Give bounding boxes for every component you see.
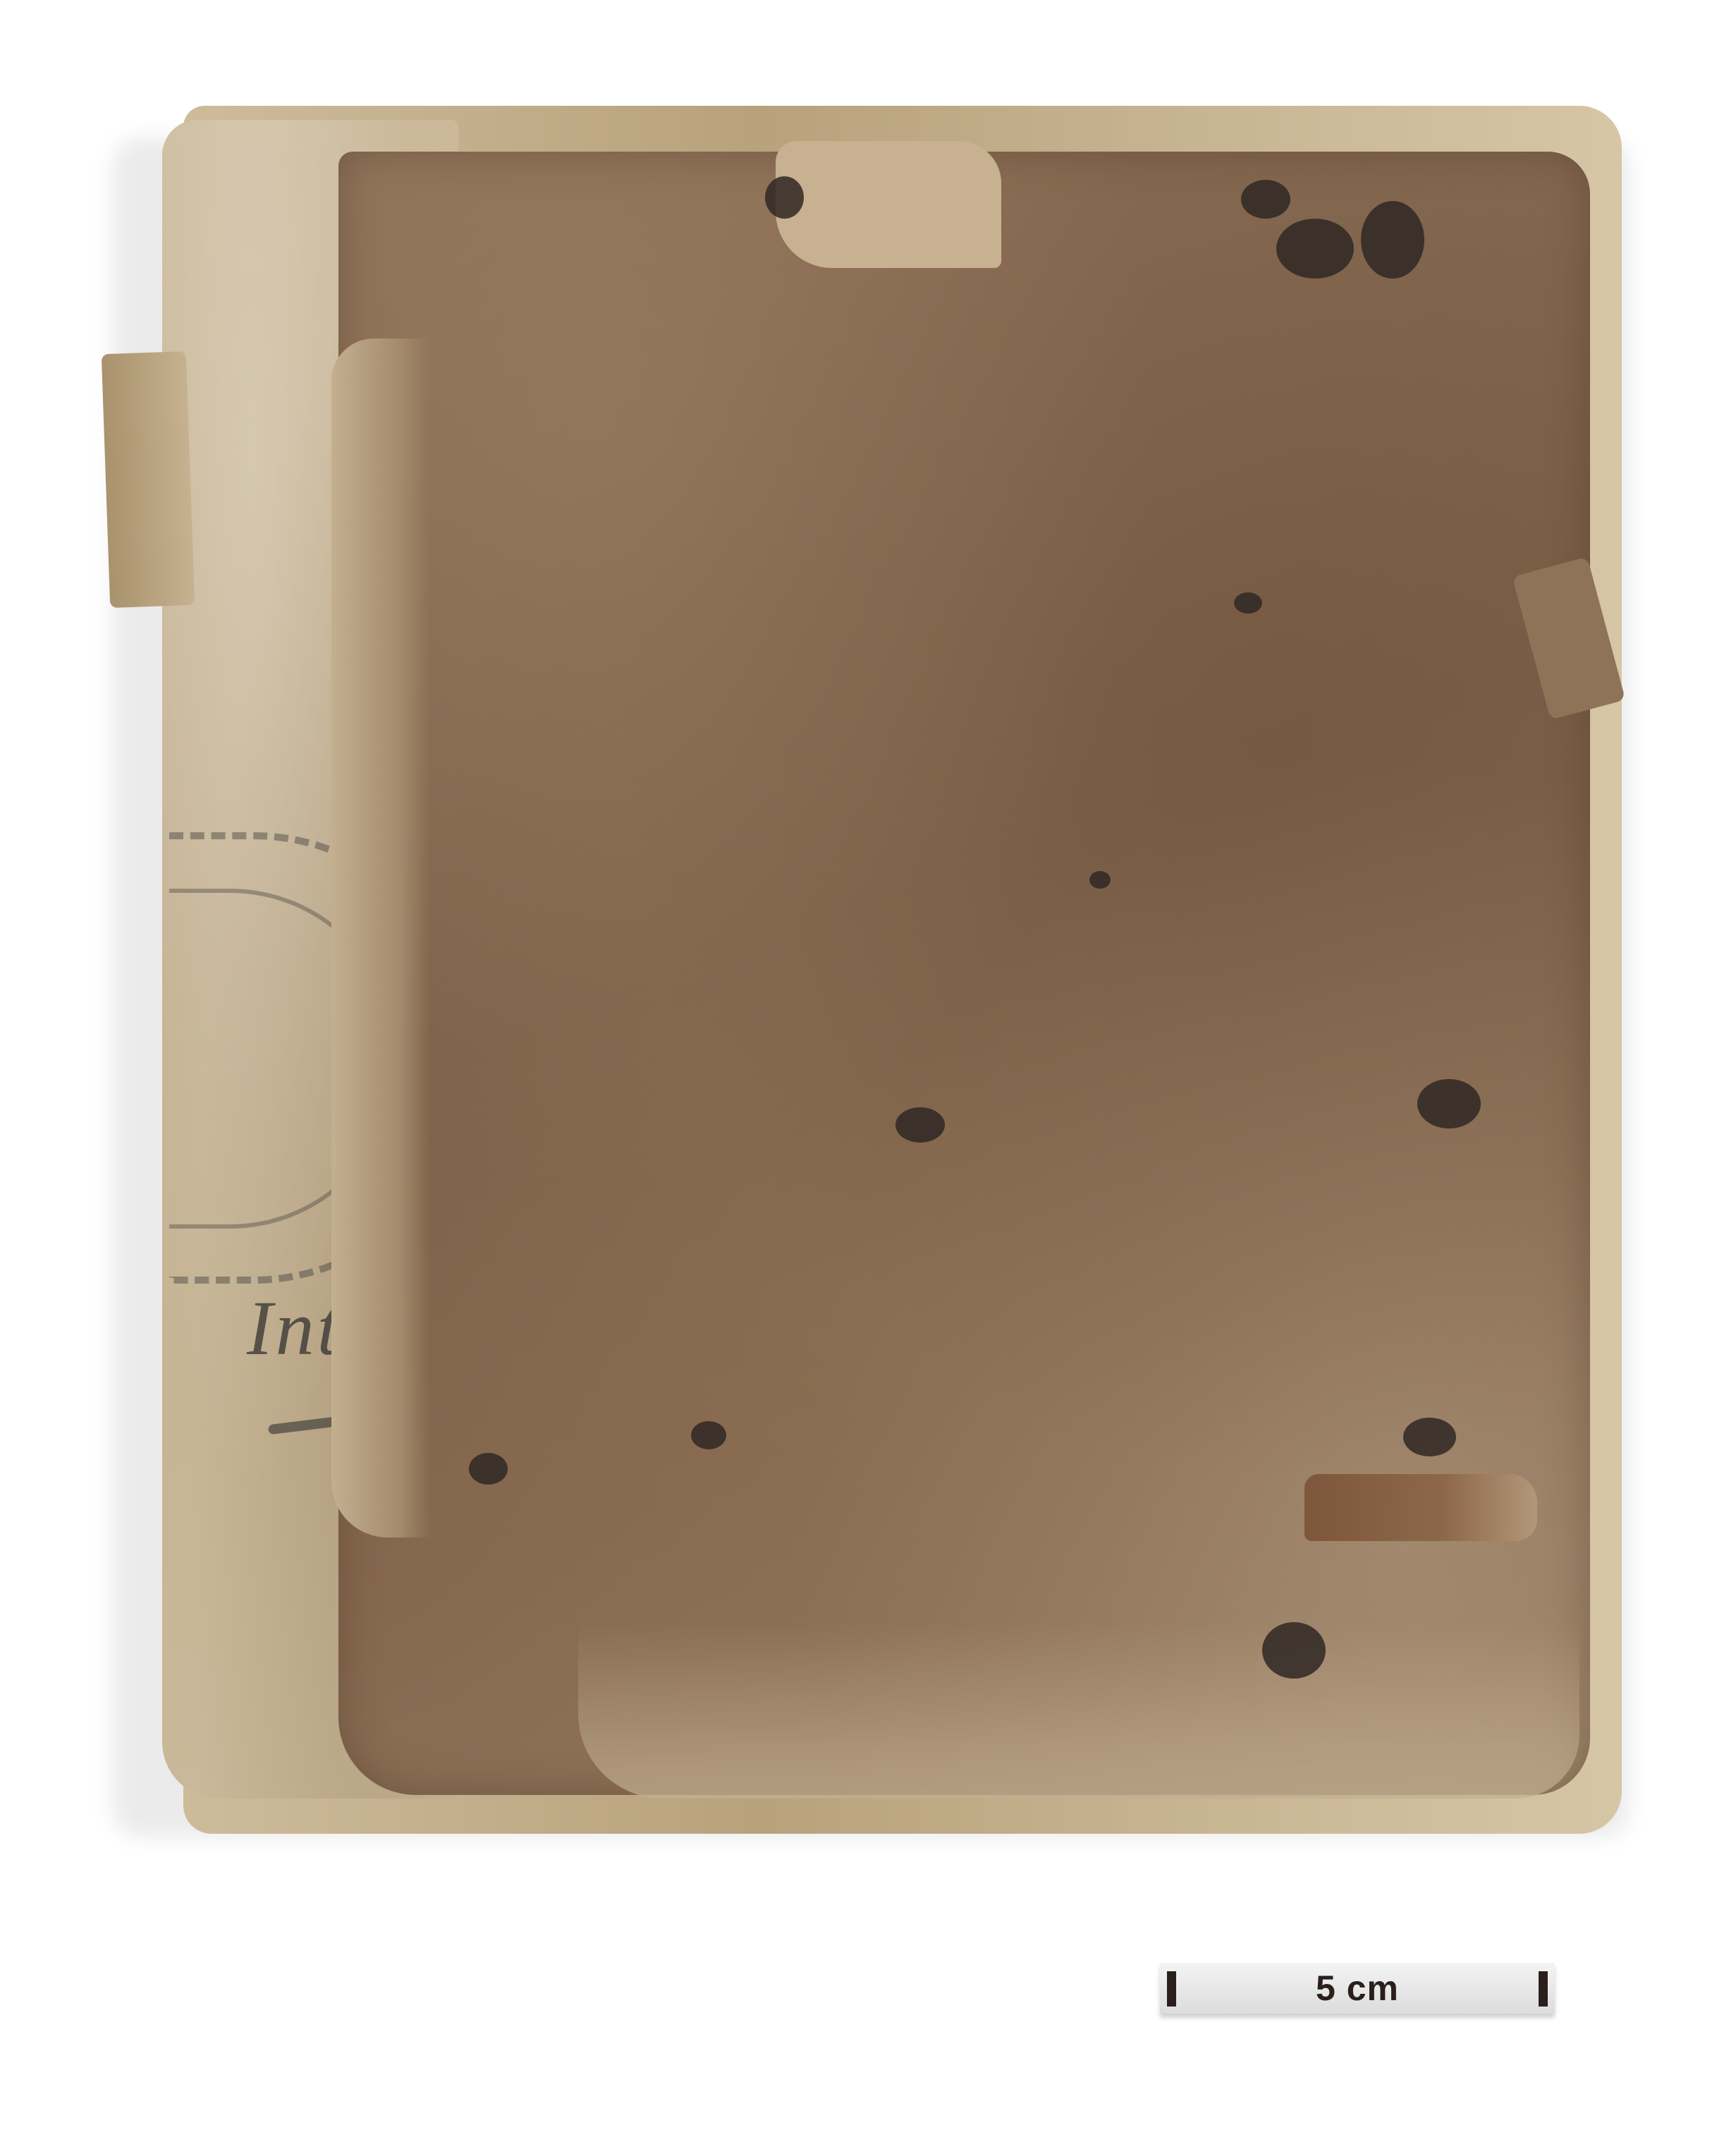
- torn-top-fragment: [776, 141, 1001, 268]
- book-photograph: Intr.: [0, 0, 1736, 2137]
- ink-stain: [1241, 180, 1290, 219]
- ink-stain: [895, 1107, 945, 1143]
- cover-worn-bottom-edge: [578, 1622, 1579, 1798]
- scale-label: 5 cm: [1316, 1968, 1399, 2009]
- ink-stain: [1089, 871, 1111, 889]
- ink-stain: [1262, 1622, 1326, 1679]
- ink-stain: [1417, 1079, 1481, 1128]
- scale-tick-right: [1539, 1971, 1548, 2007]
- torn-spine-flap: [102, 351, 195, 608]
- clasp-strap-remnant: [1304, 1474, 1537, 1541]
- ink-stain: [469, 1453, 508, 1485]
- cover-torn-left-edge: [331, 339, 430, 1538]
- ink-stain: [1276, 219, 1354, 279]
- ink-stain: [1361, 201, 1424, 279]
- ink-stain: [691, 1421, 726, 1449]
- ink-stain: [1234, 592, 1262, 614]
- front-cover: [338, 152, 1590, 1795]
- scale-bar: 5 cm: [1160, 1963, 1555, 2014]
- ink-stain: [765, 176, 804, 219]
- scale-tick-left: [1167, 1971, 1176, 2007]
- ink-stain: [1403, 1418, 1456, 1456]
